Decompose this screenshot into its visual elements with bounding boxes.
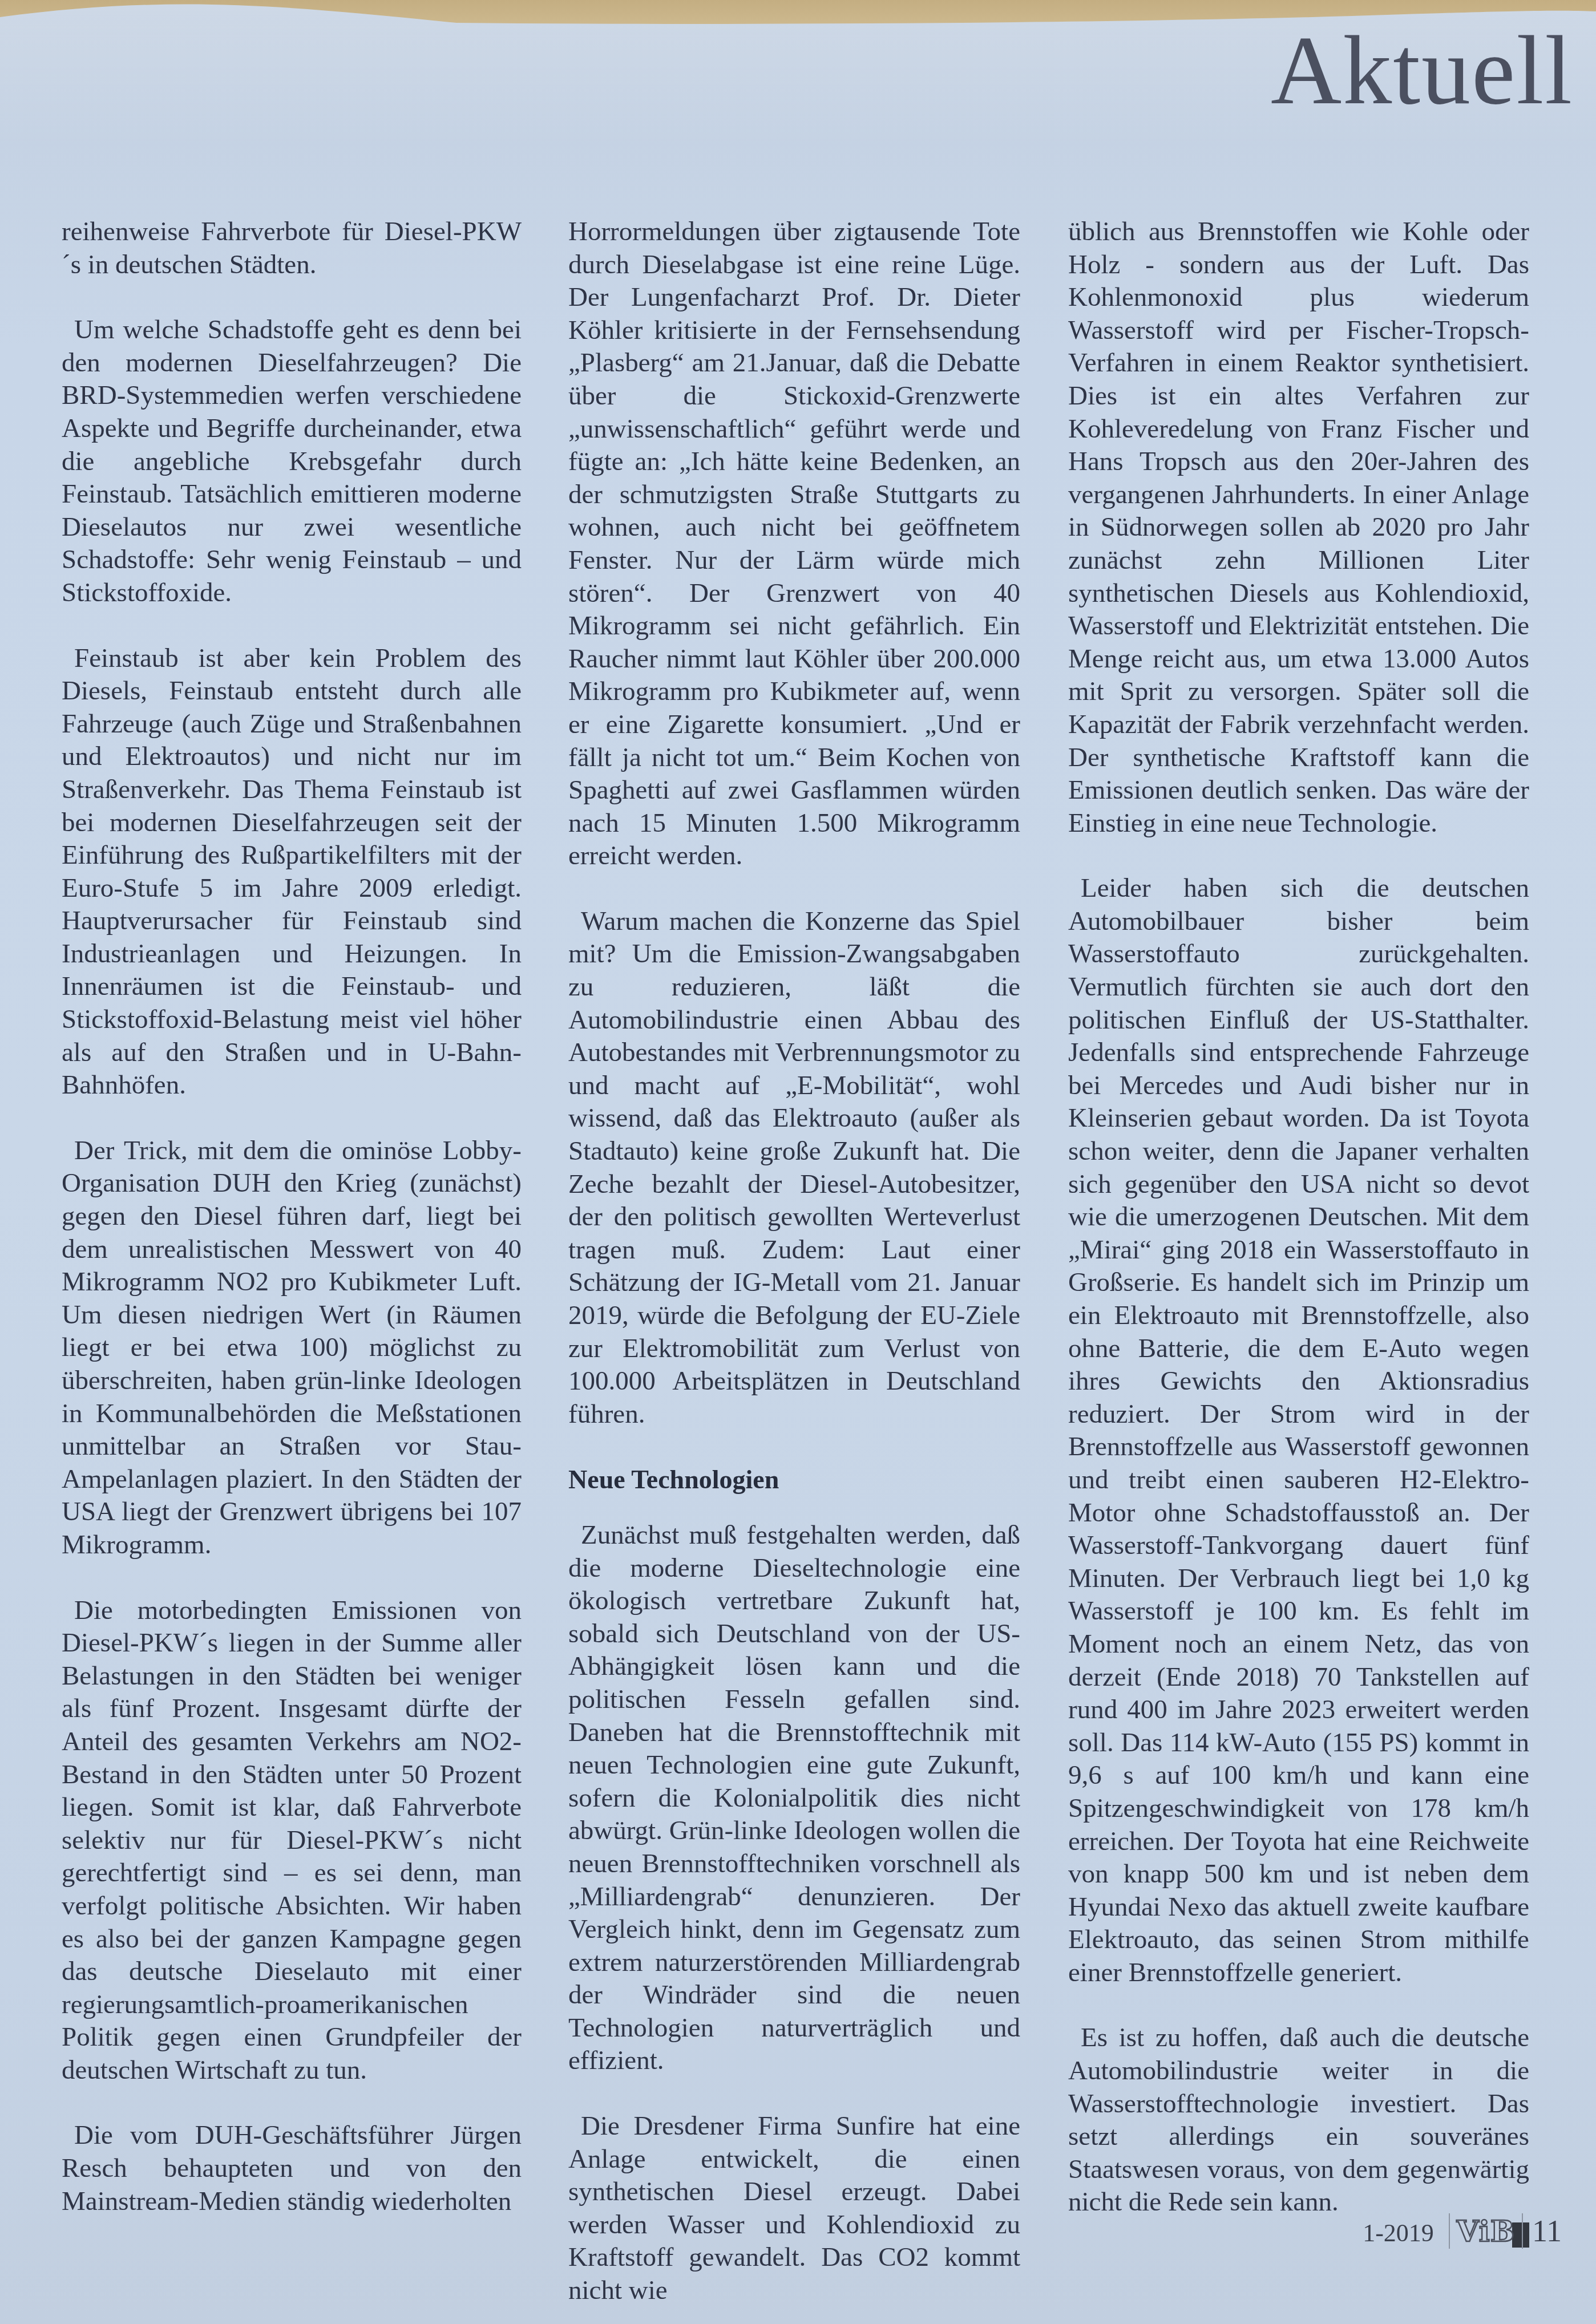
article-column-2: Horrormeldungen über zigtausende Tote du… <box>568 216 1020 2307</box>
section-title: Aktuell <box>1271 22 1573 120</box>
paragraph: Leider haben sich die deutschen Automobi… <box>1068 872 1529 1989</box>
magazine-page: Aktuell reihenweise Fahrverbote für Dies… <box>0 0 1596 2324</box>
paragraph: üblich aus Brennstoffen wie Kohle oder H… <box>1068 216 1529 840</box>
paragraph: Es ist zu hoffen, daß auch die deutsche … <box>1068 2022 1529 2219</box>
paragraph: Die Dresdener Firma Sunfire hat eine Anl… <box>568 2110 1020 2307</box>
paragraph: reihenweise Fahrverbote für Diesel-PKW´s… <box>62 216 522 281</box>
paragraph: Um welche Schadstoffe geht es denn bei d… <box>62 314 522 609</box>
footer-divider <box>1522 2213 1523 2249</box>
paragraph: Der Trick, mit dem die ominöse Lobby-Org… <box>62 1135 522 1562</box>
subheading: Neue Technologien <box>568 1463 1020 1496</box>
article-column-3: üblich aus Brennstoffen wie Kohle oder H… <box>1068 216 1529 2248</box>
paragraph: Warum machen die Konzerne das Spiel mit?… <box>568 905 1020 1431</box>
paragraph: Die vom DUH-Geschäftsführer Jürgen Resch… <box>62 2119 522 2218</box>
article-column-1: reihenweise Fahrverbote für Diesel-PKW´s… <box>62 216 522 2218</box>
paragraph: Feinstaub ist aber kein Problem des Dies… <box>62 642 522 1102</box>
footer-divider <box>1449 2213 1450 2249</box>
paragraph: Horrormeldungen über zigtausende Tote du… <box>568 216 1020 873</box>
page-footer: 1-2019 ViB 11 <box>1363 2213 1562 2249</box>
issue-number: 1-2019 <box>1363 2218 1434 2248</box>
paragraph: Zunächst muß festgehalten werden, daß di… <box>568 1519 1020 2078</box>
magazine-logo: ViB <box>1457 2214 1515 2248</box>
paragraph: Die motorbedingten Emissionen von Diesel… <box>62 1594 522 2087</box>
page-number: 11 <box>1532 2213 1562 2249</box>
